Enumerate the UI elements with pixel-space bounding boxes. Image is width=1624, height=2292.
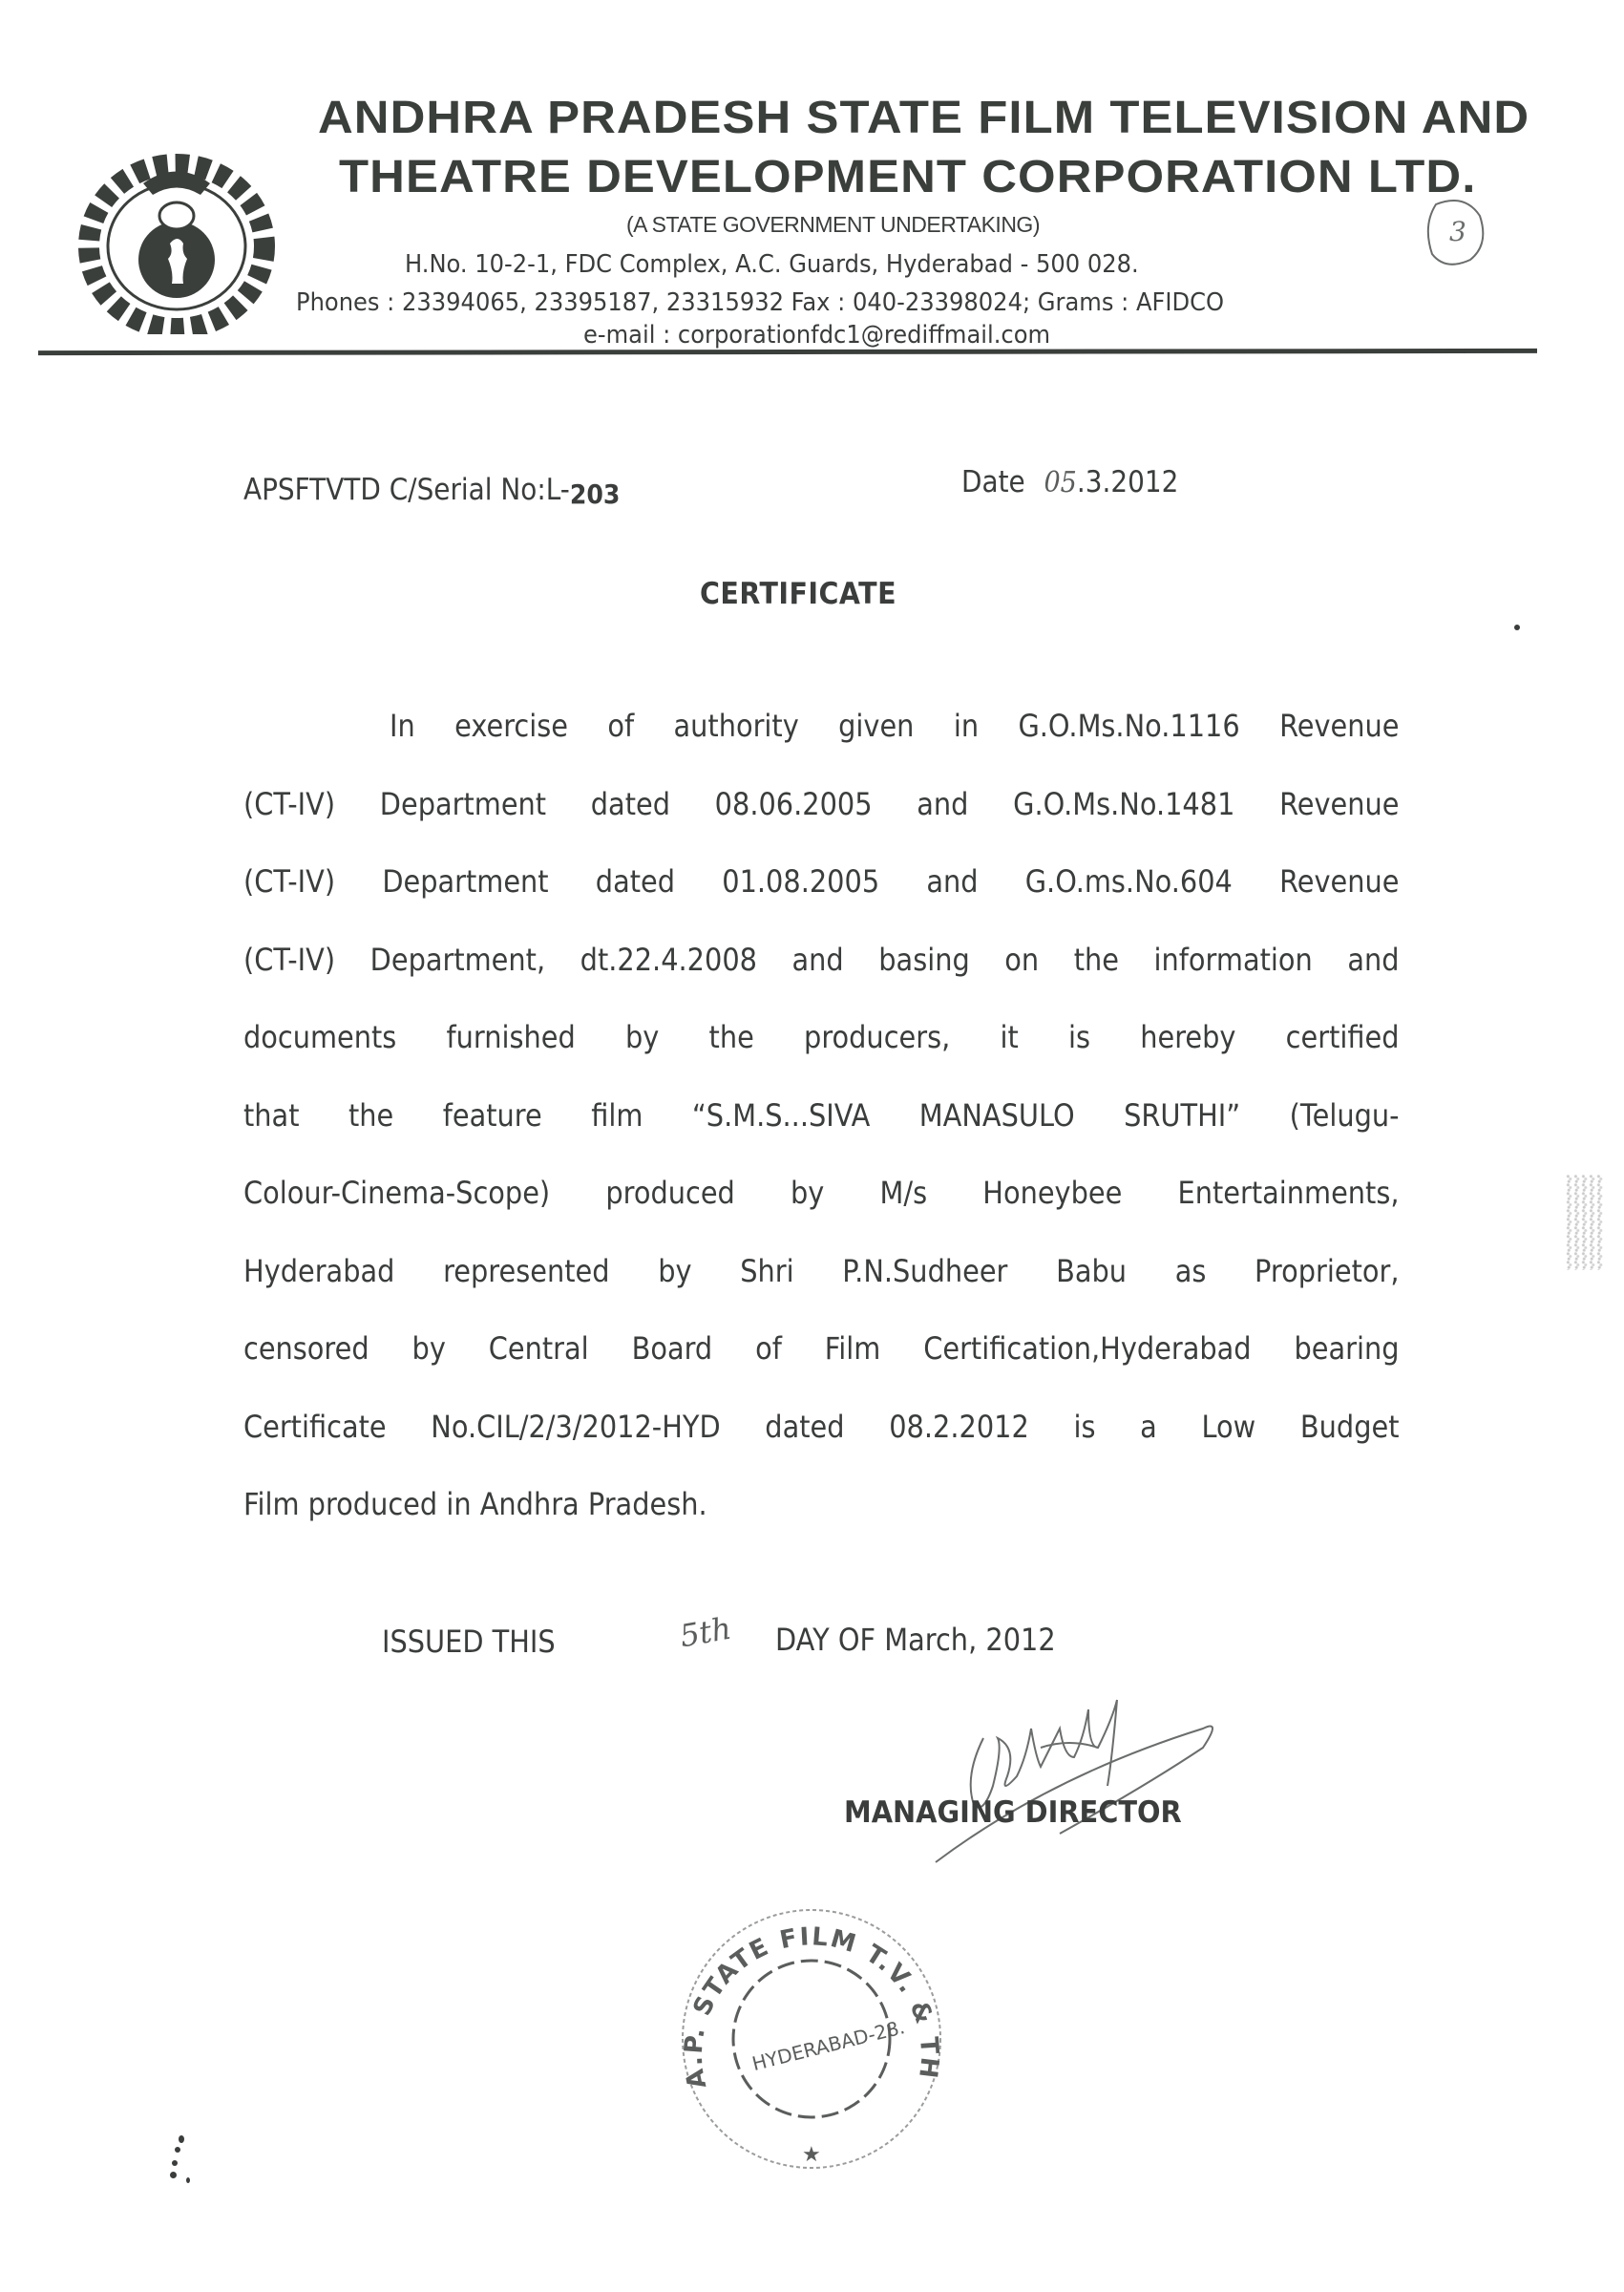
handwritten-signature-icon: [917, 1681, 1279, 1872]
body-line: In exercise of authority given in G.O.Ms…: [243, 688, 1400, 766]
svg-text:3: 3: [1449, 216, 1466, 247]
organization-phones: Phones : 23394065, 23395187, 23315932 Fa…: [296, 288, 1224, 317]
certificate-title: CERTIFICATE: [700, 577, 896, 611]
scan-speck: [1514, 625, 1520, 630]
scan-speck: [186, 2177, 190, 2183]
corporation-emblem-icon: [76, 153, 277, 334]
body-line: (CT-IV) Department dated 01.08.2005 and …: [243, 843, 1400, 922]
body-line: documents furnished by the producers, it…: [243, 999, 1400, 1077]
body-line: that the feature film “S.M.S...SIVA MANA…: [243, 1077, 1400, 1156]
issue-date: Date05.3.2012: [961, 465, 1178, 499]
organization-name-line2: THEATRE DEVELOPMENT CORPORATION LTD.: [339, 151, 1476, 203]
date-label: Date: [961, 465, 1025, 499]
letterhead-divider: [38, 349, 1537, 355]
page-number-mark: 3: [1423, 197, 1491, 267]
scan-speck: [175, 2147, 180, 2153]
body-line: Certificate No.CIL/2/3/2012-HYD dated 08…: [243, 1389, 1400, 1467]
serial-number: APSFTVTD C/Serial No:L-203: [243, 473, 620, 507]
scan-speck: [170, 2172, 177, 2178]
scan-speck: [172, 2160, 178, 2166]
organization-email: e-mail : corporationfdc1@rediffmail.com: [583, 321, 1050, 350]
body-line: (CT-IV) Department, dt.22.4.2008 and bas…: [243, 922, 1400, 1000]
organization-subtitle: (A STATE GOVERNMENT UNDERTAKING): [626, 212, 1040, 238]
official-seal-stamp: A.P. STATE FILM T.V. & THEATRE DEVT. COR…: [649, 1896, 974, 2173]
certificate-body: In exercise of authority given in G.O.Ms…: [243, 688, 1399, 1544]
organization-address: H.No. 10-2-1, FDC Complex, A.C. Guards, …: [405, 250, 1139, 279]
body-line: Colour-Cinema-Scope) produced by M/s Hon…: [243, 1155, 1400, 1233]
scan-speck: [179, 2135, 184, 2143]
date-day-handwritten: 05: [1044, 466, 1076, 499]
body-line: Hyderabad represented by Shri P.N.Sudhee…: [243, 1233, 1400, 1311]
svg-text:★: ★: [802, 2142, 821, 2166]
scan-noise: [1566, 1175, 1604, 1270]
organization-name-line1: ANDHRA PRADESH STATE FILM TELEVISION AND: [318, 92, 1529, 144]
signatory-title: MANAGING DIRECTOR: [844, 1795, 1182, 1830]
serial-value: 203: [570, 478, 621, 510]
body-line: Film produced in Andhra Pradesh.: [243, 1466, 1400, 1544]
serial-label: APSFTVTD C/Serial No:L-: [243, 473, 570, 507]
body-line: (CT-IV) Department dated 08.06.2005 and …: [243, 766, 1400, 844]
issued-day-handwritten: 5th: [677, 1610, 734, 1655]
date-rest: .3.2012: [1077, 465, 1178, 499]
issued-month-year: DAY OF March, 2012: [775, 1622, 1056, 1658]
issued-label: ISSUED THIS: [382, 1623, 556, 1660]
body-line: censored by Central Board of Film Certif…: [243, 1310, 1400, 1389]
